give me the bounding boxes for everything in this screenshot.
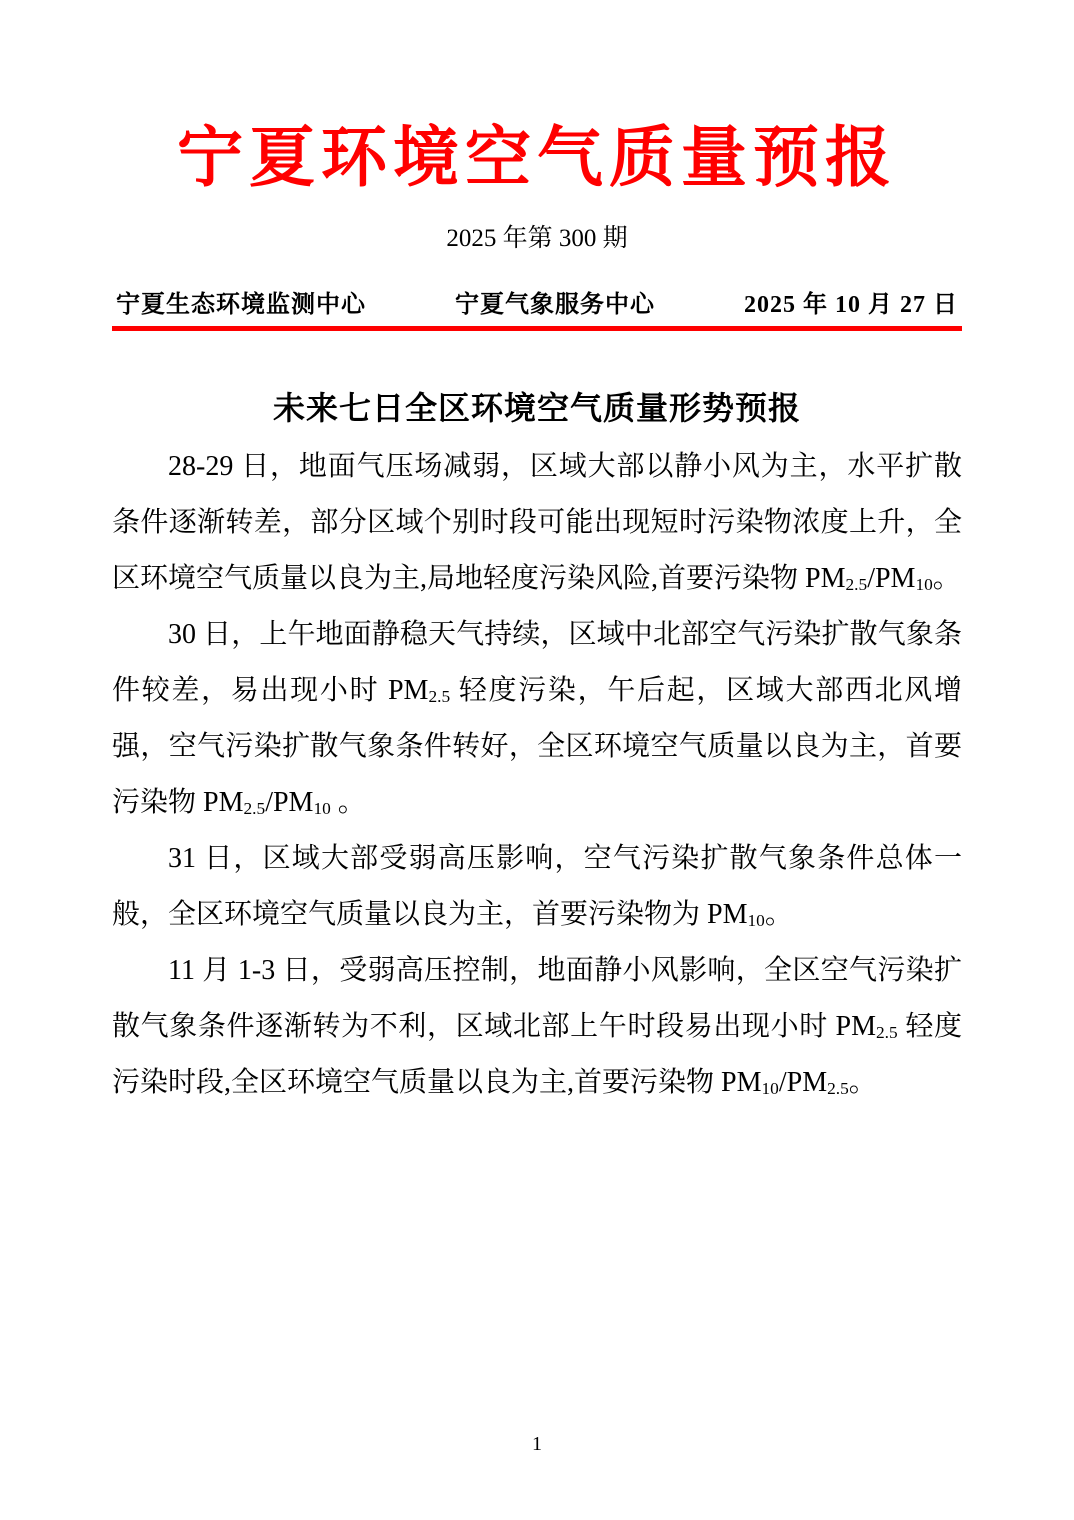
document-page: 宁夏环境空气质量预报 2025 年第 300 期 宁夏生态环境监测中心 宁夏气象… bbox=[0, 0, 1074, 1520]
pollutant-subscript: 10 bbox=[313, 799, 330, 818]
red-divider-rule bbox=[112, 326, 962, 331]
forecast-paragraph-4: 11 月 1-3 日，受弱高压控制，地面静小风影响，全区空气污染扩散气象条件逐渐… bbox=[112, 943, 962, 1111]
issuer-org-left: 宁夏生态环境监测中心 bbox=[116, 284, 366, 319]
pollutant-subscript: 2.5 bbox=[827, 1079, 849, 1098]
pollutant-subscript: 10 bbox=[761, 1079, 778, 1098]
issue-number: 2025 年第 300 期 bbox=[112, 218, 962, 254]
forecast-paragraph-2: 30 日，上午地面静稳天气持续，区域中北部空气污染扩散气象条件较差，易出现小时 … bbox=[112, 607, 962, 831]
forecast-body: 28-29 日，地面气压场减弱，区域大部以静小风为主，水平扩散条件逐渐转差，部分… bbox=[112, 439, 962, 1111]
pollutant-subscript: 10 bbox=[915, 575, 932, 594]
pollutant-subscript: 2.5 bbox=[428, 687, 450, 706]
pollutant-subscript: 10 bbox=[747, 911, 764, 930]
forecast-paragraph-3: 31 日，区域大部受弱高压影响，空气污染扩散气象条件总体一般，全区环境空气质量以… bbox=[112, 831, 962, 943]
document-title: 宁夏环境空气质量预报 bbox=[112, 124, 962, 194]
pollutant-subscript: 2.5 bbox=[845, 575, 867, 594]
pollutant-subscript: 2.5 bbox=[243, 799, 265, 818]
issuer-org-middle: 宁夏气象服务中心 bbox=[455, 284, 655, 319]
issuer-row: 宁夏生态环境监测中心 宁夏气象服务中心 2025 年 10 月 27 日 bbox=[112, 284, 962, 319]
issue-date: 2025 年 10 月 27 日 bbox=[744, 284, 958, 319]
pollutant-subscript: 2.5 bbox=[876, 1023, 898, 1042]
section-heading: 未来七日全区环境空气质量形势预报 bbox=[112, 383, 962, 429]
forecast-paragraph-1: 28-29 日，地面气压场减弱，区域大部以静小风为主，水平扩散条件逐渐转差，部分… bbox=[112, 439, 962, 607]
page-number: 1 bbox=[0, 1433, 1074, 1456]
